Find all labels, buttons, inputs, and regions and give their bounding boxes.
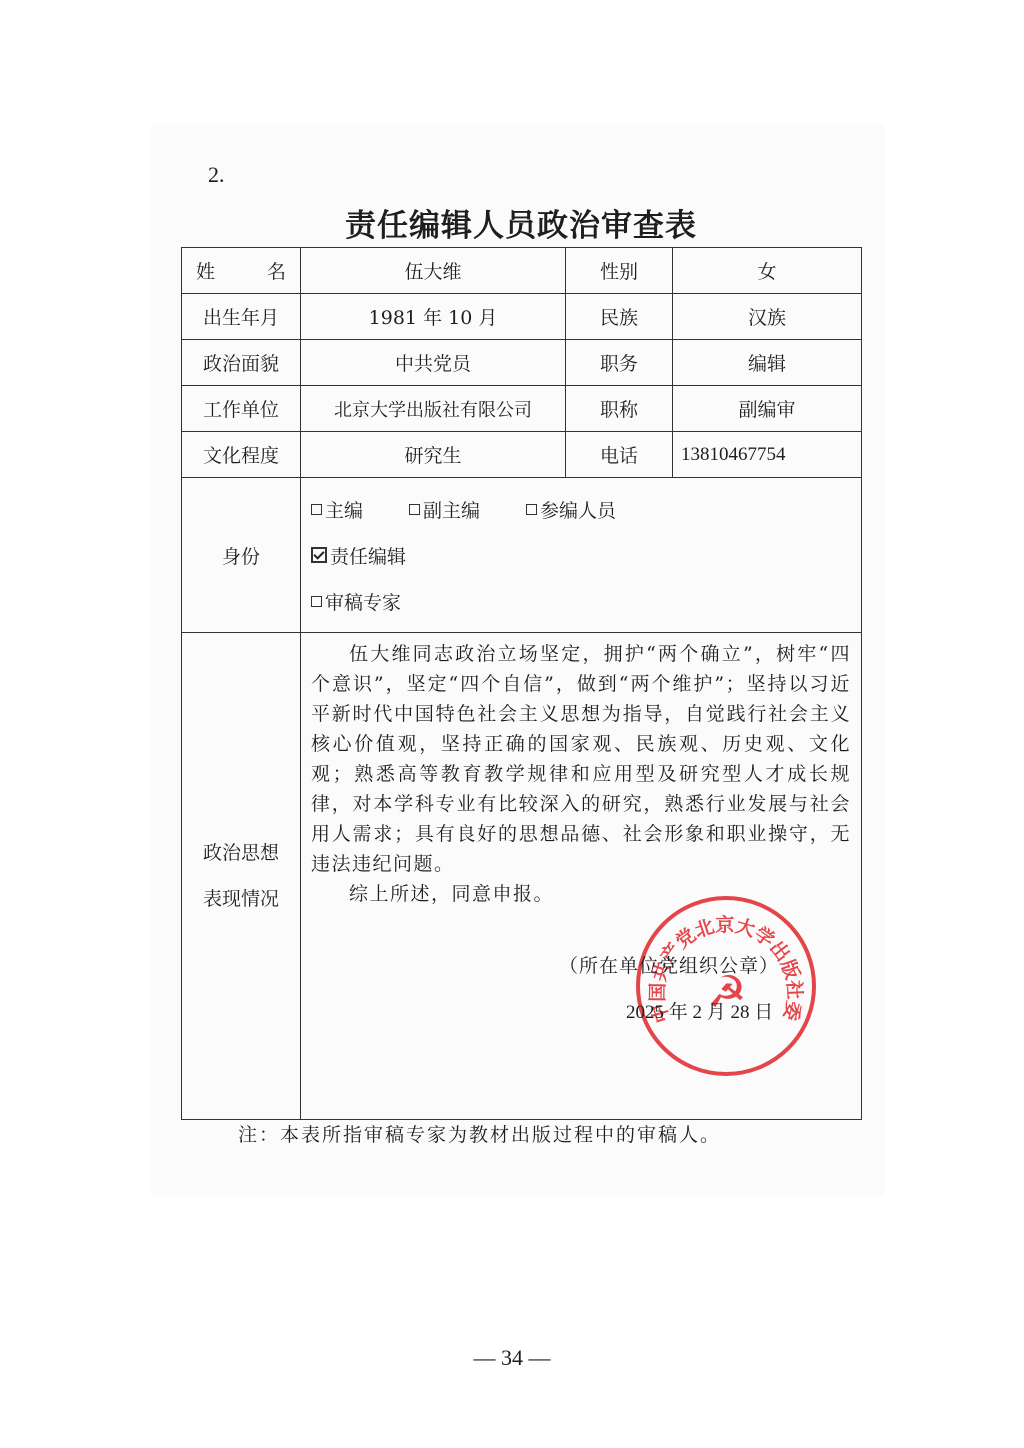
name-value: 伍大维: [301, 248, 566, 294]
table-row: 文化程度 研究生 电话 13810467754: [182, 432, 862, 478]
seal-note: （所在单位党组织公章）: [559, 951, 779, 978]
title-label: 职称: [566, 386, 673, 432]
footnote: 注：本表所指审稿专家为教材出版过程中的审稿人。: [238, 1120, 721, 1147]
option-deputy-chief-editor[interactable]: 副主编: [409, 496, 480, 523]
assessment-label: 政治思想 表现情况: [182, 633, 301, 1120]
identity-label: 身份: [182, 478, 301, 633]
ethnicity-value: 汉族: [673, 294, 862, 340]
political-status-value: 中共党员: [301, 340, 566, 386]
name-label: 姓 名: [182, 248, 301, 294]
birth-value: 1981 年 10 月: [301, 294, 566, 340]
identity-options: 主编 副主编 参编人员 责任编辑: [301, 478, 862, 633]
employer-value: 北京大学出版社有限公司: [301, 386, 566, 432]
checkbox-unchecked-icon[interactable]: [311, 504, 322, 515]
table-row: 政治面貌 中共党员 职务 编辑: [182, 340, 862, 386]
table-row: 姓 名 伍大维 性别 女: [182, 248, 862, 294]
education-label: 文化程度: [182, 432, 301, 478]
position-label: 职务: [566, 340, 673, 386]
checkbox-unchecked-icon[interactable]: [409, 504, 420, 515]
employer-label: 工作单位: [182, 386, 301, 432]
item-number: 2.: [208, 162, 225, 188]
table-row: 工作单位 北京大学出版社有限公司 职称 副编审: [182, 386, 862, 432]
checkbox-checked-icon[interactable]: [311, 547, 327, 563]
position-value: 编辑: [673, 340, 862, 386]
political-status-label: 政治面貌: [182, 340, 301, 386]
option-reviewer-expert[interactable]: 审稿专家: [311, 588, 401, 615]
seal-date: 2025 年 2 月 28 日: [626, 997, 773, 1024]
option-responsible-editor[interactable]: 责任编辑: [311, 542, 406, 569]
document-title: 责任编辑人员政治审查表: [181, 200, 861, 245]
title-value: 副编审: [673, 386, 862, 432]
official-seal-stamp: 中国共产党北京大学出版社委员会 ☭: [636, 896, 816, 1076]
identity-row: 身份 主编 副主编 参编人员 责任编辑: [182, 478, 862, 633]
option-contributor[interactable]: 参编人员: [526, 496, 616, 523]
assessment-text: 伍大维同志政治立场坚定，拥护“两个确立”，树牢“四个意识”，坚定“四个自信”，做…: [311, 639, 851, 909]
checkbox-unchecked-icon[interactable]: [311, 596, 322, 607]
phone-label: 电话: [566, 432, 673, 478]
review-form-table: 姓 名 伍大维 性别 女 出生年月 1981 年 10 月 民族 汉族 政治面貌…: [181, 247, 862, 1120]
page-number: — 34 —: [0, 1345, 1024, 1371]
table-row: 出生年月 1981 年 10 月 民族 汉族: [182, 294, 862, 340]
birth-label: 出生年月: [182, 294, 301, 340]
education-value: 研究生: [301, 432, 566, 478]
assessment-paragraph: 伍大维同志政治立场坚定，拥护“两个确立”，树牢“四个意识”，坚定“四个自信”，做…: [311, 639, 851, 879]
assessment-content: 伍大维同志政治立场坚定，拥护“两个确立”，树牢“四个意识”，坚定“四个自信”，做…: [301, 633, 862, 1120]
ethnicity-label: 民族: [566, 294, 673, 340]
option-chief-editor[interactable]: 主编: [311, 496, 363, 523]
assessment-row: 政治思想 表现情况 伍大维同志政治立场坚定，拥护“两个确立”，树牢“四个意识”，…: [182, 633, 862, 1120]
phone-value: 13810467754: [673, 432, 862, 478]
gender-label: 性别: [566, 248, 673, 294]
checkbox-unchecked-icon[interactable]: [526, 504, 537, 515]
gender-value: 女: [673, 248, 862, 294]
